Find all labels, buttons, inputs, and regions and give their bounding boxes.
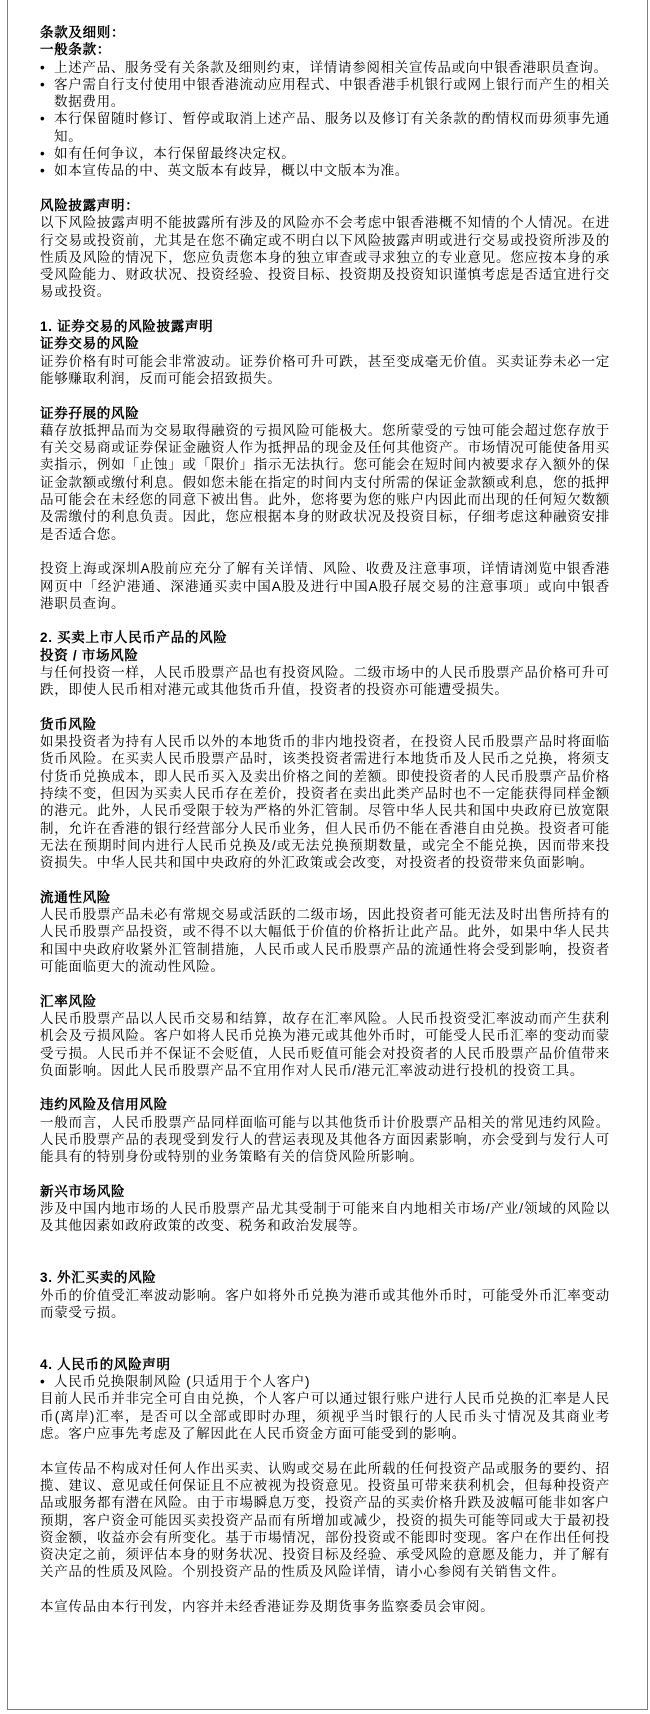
blank-line	[40, 1442, 610, 1459]
bullet-list: •上述产品、服务受有关条款及细则约束，详情请参阅相关宣传品或向中银香港职员查询。…	[40, 59, 610, 180]
section-heading: 新兴市场风险	[40, 1183, 610, 1200]
section-heading: 1. 证券交易的风险披露声明	[40, 318, 610, 335]
bullet-item-text: 上述产品、服务受有关条款及细则约束，详情请参阅相关宣传品或向中银香港职员查询。	[54, 60, 608, 75]
bullet-item: •上述产品、服务受有关条款及细则约束，详情请参阅相关宣传品或向中银香港职员查询。	[40, 59, 610, 76]
blank-line	[40, 1581, 610, 1598]
paragraph-text: 投资上海或深圳A股前应充分了解有关详情、风险、收费及注意事项，详情请浏览中银香港…	[40, 560, 610, 612]
blank-line	[40, 1339, 610, 1356]
bullet-marker-icon: •	[40, 76, 45, 93]
section-heading: 流通性风险	[40, 889, 610, 906]
paragraph-text: 外币的价值受汇率波动影响。客户如将外币兑换为港币或其他外币时，可能受外币汇率变动…	[40, 1287, 610, 1322]
section-heading: 条款及细则：	[40, 24, 610, 41]
section-heading: 证券孖展的风险	[40, 405, 610, 422]
section-heading: 违约风险及信用风险	[40, 1096, 610, 1113]
section-heading: 风险披露声明：	[40, 197, 610, 214]
bullet-item: •如本宣传品的中、英文版本有歧异，概以中文版本为准。	[40, 162, 610, 179]
section-heading: 2. 买卖上市人民币产品的风险	[40, 629, 610, 646]
paragraph-text: 如果投资者为持有人民币以外的本地货币的非内地投资者，在投资人民币股票产品时将面临…	[40, 733, 610, 871]
bullet-marker-icon: •	[40, 145, 45, 162]
bullet-marker-icon: •	[40, 162, 45, 179]
bullet-marker-icon: •	[40, 1373, 45, 1390]
bullet-marker-icon: •	[40, 110, 45, 127]
blank-line	[40, 180, 610, 197]
paragraph-text: 以下风险披露声明不能披露所有涉及的风险亦不会考虑中银香港概不知情的个人情况。在进…	[40, 214, 610, 300]
bullet-item: •如有任何争议，本行保留最终决定权。	[40, 145, 610, 162]
paragraph-text: 一般而言，人民币股票产品同样面临可能与以其他货币计价股票产品相关的常见违约风险。…	[40, 1114, 610, 1166]
section-heading: 货币风险	[40, 716, 610, 733]
document-content: 条款及细则：一般条款：•上述产品、服务受有关条款及细则约束，详情请参阅相关宣传品…	[40, 24, 610, 1615]
bullet-item: •本行保留随时修订、暂停或取消上述产品、服务以及修订有关条款的酌情权而毋须事先通…	[40, 110, 610, 145]
bullet-item-text: 如本宣传品的中、英文版本有歧异，概以中文版本为准。	[54, 163, 409, 178]
bullet-list: •人民币兑换限制风险 (只适用于个人客户)	[40, 1373, 610, 1390]
bullet-item-text: 本行保留随时修订、暂停或取消上述产品、服务以及修订有关条款的酌情权而毋须事先通知…	[54, 111, 610, 143]
blank-line	[40, 387, 610, 404]
blank-line	[40, 301, 610, 318]
blank-line	[40, 612, 610, 629]
bullet-marker-icon: •	[40, 59, 45, 76]
paragraph-text: 涉及中国内地市场的人民币股票产品尤其受制于可能来自内地相关市场/产业/领域的风险…	[40, 1200, 610, 1235]
blank-line	[40, 975, 610, 992]
paragraph-text: 藉存放抵押品而为交易取得融资的亏损风险可能极大。您所蒙受的亏蚀可能会超过您存放于…	[40, 422, 610, 543]
paragraph-text: 目前人民币并非完全可自由兑换，个人客户可以通过银行账户进行人民币兑换的汇率是人民…	[40, 1390, 610, 1442]
bullet-item-text: 如有任何争议，本行保留最终决定权。	[54, 146, 295, 161]
blank-line	[40, 1079, 610, 1096]
paragraph-text: 人民币股票产品未必有常规交易或活跃的二级市场，因此投资者可能无法及时出售所持有的…	[40, 906, 610, 975]
paragraph-text: 本宣传品由本行刊发，内容并未经香港证券及期货事务监察委员会审阅。	[40, 1598, 610, 1615]
section-heading: 汇率风险	[40, 993, 610, 1010]
bullet-item-text: 客户需自行支付使用中银香港流动应用程式、中银香港手机银行或网上银行而产生的相关数…	[54, 77, 610, 109]
bullet-item: •人民币兑换限制风险 (只适用于个人客户)	[40, 1373, 610, 1390]
blank-line	[40, 699, 610, 716]
section-heading: 投资 / 市场风险	[40, 647, 610, 664]
paragraph-text: 本宣传品不构成对任何人作出买卖、认购或交易在此所载的任何投资产品或服务的要约、招…	[40, 1460, 610, 1581]
blank-line	[40, 1166, 610, 1183]
blank-line	[40, 1235, 610, 1252]
blank-line	[40, 1252, 610, 1269]
section-heading: 证券交易的风险	[40, 335, 610, 352]
section-heading: 4. 人民币的风险声明	[40, 1356, 610, 1373]
blank-line	[40, 1321, 610, 1338]
blank-line	[40, 872, 610, 889]
paragraph-text: 与任何投资一样，人民币股票产品也有投资风险。二级市场中的人民币股票产品价格可升可…	[40, 664, 610, 699]
section-heading: 一般条款：	[40, 41, 610, 58]
bullet-item-text: 人民币兑换限制风险 (只适用于个人客户)	[54, 1374, 310, 1389]
section-heading: 3. 外汇买卖的风险	[40, 1269, 610, 1286]
paragraph-text: 证券价格有时可能会非常波动。证券价格可升可跌，甚至变成毫无价值。买卖证券未必一定…	[40, 353, 610, 388]
paragraph-text: 人民币股票产品以人民币交易和结算，故存在汇率风险。人民币投资受汇率波动而产生获利…	[40, 1010, 610, 1079]
bullet-item: •客户需自行支付使用中银香港流动应用程式、中银香港手机银行或网上银行而产生的相关…	[40, 76, 610, 111]
blank-line	[40, 543, 610, 560]
